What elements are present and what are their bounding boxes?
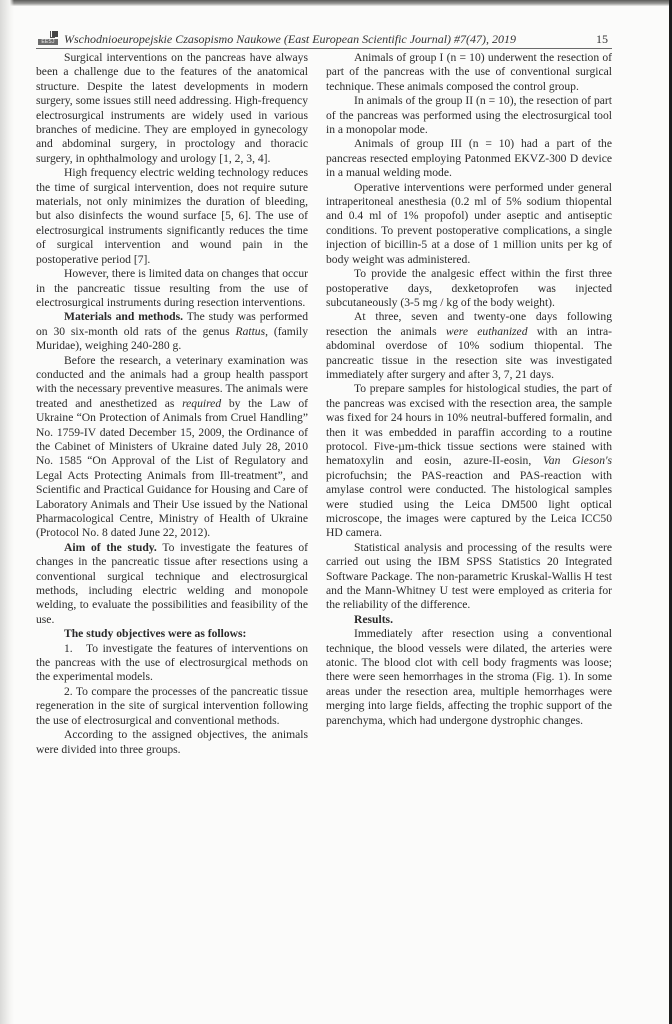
groups-paragraph: According to the assigned objectives, th… xyxy=(36,728,308,757)
euthanasia-paragraph: At three, seven and twenty-one days foll… xyxy=(326,310,612,382)
histology-paragraph: To prepare samples for histological stud… xyxy=(326,382,612,540)
group-1-paragraph: Animals of group I (n = 10) underwent th… xyxy=(326,51,612,94)
right-column: Animals of group I (n = 10) underwent th… xyxy=(326,51,612,728)
materials-methods-paragraph: Materials and methods. The study was per… xyxy=(36,310,308,353)
limited-data-paragraph: However, there is limited data on change… xyxy=(36,267,308,310)
group-3-paragraph: Animals of group III (n = 10) had a part… xyxy=(326,137,612,180)
page-header: EESJ Wschodnioeuropejskie Czasopismo Nau… xyxy=(36,30,612,49)
scan-top-edge xyxy=(0,0,672,6)
objectives-heading: The study objectives were as follows: xyxy=(36,627,308,641)
welding-paragraph: High frequency electric welding technolo… xyxy=(36,166,308,267)
logo-text: EESJ xyxy=(38,39,58,45)
statistics-paragraph: Statistical analysis and processing of t… xyxy=(326,541,612,613)
objective-1: 1. To investigate the features of interv… xyxy=(36,642,308,685)
group-2-paragraph: In animals of the group II (n = 10), the… xyxy=(326,94,612,137)
journal-title: Wschodnioeuropejskie Czasopismo Naukowe … xyxy=(64,32,516,47)
left-column: Surgical interventions on the pancreas h… xyxy=(36,51,308,757)
objective-2: 2. To compare the processes of the pancr… xyxy=(36,685,308,728)
aim-paragraph: Aim of the study. To investigate the fea… xyxy=(36,541,308,627)
anesthesia-paragraph: Operative interventions were performed u… xyxy=(326,181,612,267)
materials-methods-heading: Materials and methods. xyxy=(64,310,183,323)
results-paragraph: Immediately after resection using a conv… xyxy=(326,627,612,728)
aim-heading: Aim of the study. xyxy=(64,541,157,554)
results-heading: Results. xyxy=(326,613,612,627)
intro-paragraph: Surgical interventions on the pancreas h… xyxy=(36,51,308,166)
scan-left-shadow xyxy=(0,0,14,1024)
journal-logo-icon: EESJ xyxy=(38,31,58,45)
analgesic-paragraph: To provide the analgesic effect within t… xyxy=(326,267,612,310)
ethics-paragraph: Before the research, a veterinary examin… xyxy=(36,354,308,541)
page-number: 15 xyxy=(596,32,608,47)
